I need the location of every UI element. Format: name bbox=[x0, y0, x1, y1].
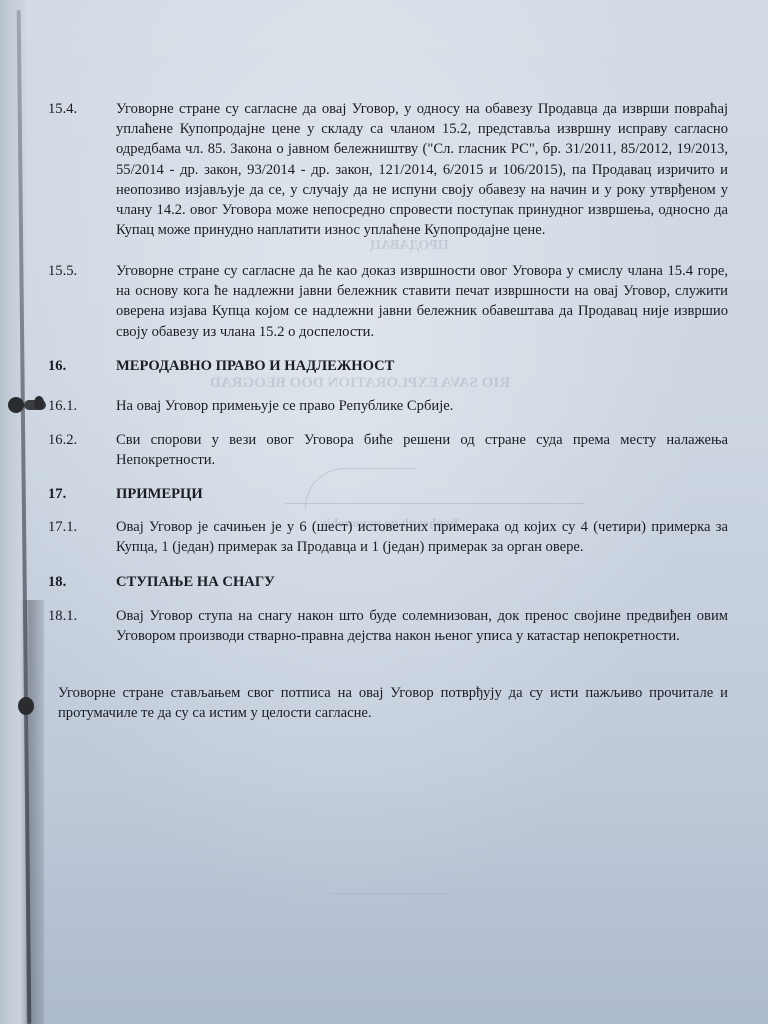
binder-ring bbox=[34, 396, 44, 410]
clause-number: 15.5. bbox=[48, 261, 108, 281]
bleed-through-signature-line bbox=[285, 503, 585, 504]
clause-number: 17.1. bbox=[48, 517, 108, 537]
binder-ring bbox=[8, 397, 24, 413]
clause-18-1: 18.1. Овај Уговор ступа на снагу након ш… bbox=[48, 606, 728, 646]
clause-17-1: 17.1. Овај Уговор је сачињен је у 6 (шес… bbox=[48, 517, 728, 557]
bleed-through-line bbox=[330, 893, 450, 894]
clause-text: Уговорне стране су сагласне да ће као до… bbox=[116, 261, 728, 342]
clause-number: 16.2. bbox=[48, 430, 108, 450]
clause-number: 18.1. bbox=[48, 606, 108, 626]
clause-16-2: 16.2. Сви спорови у вези овог Уговора би… bbox=[48, 430, 728, 470]
clause-15-5: 15.5. Уговорне стране су сагласне да ће … bbox=[48, 261, 728, 342]
clause-number: 15.4. bbox=[48, 99, 108, 119]
clause-16-1: 16.1. На овај Уговор примењује се право … bbox=[48, 396, 728, 416]
section-number: 16. bbox=[48, 356, 66, 376]
clause-15-4: 15.4. Уговорне стране су сагласне да ова… bbox=[48, 99, 728, 240]
clause-text: Уговорне стране су сагласне да овај Угов… bbox=[116, 99, 728, 240]
section-number: 18. bbox=[48, 572, 66, 592]
clause-text: На овај Уговор примењује се право Републ… bbox=[116, 396, 728, 416]
clause-text: Овај Уговор је сачињен је у 6 (шест) ист… bbox=[116, 517, 728, 557]
clause-text: Овај Уговор ступа на снагу након што буд… bbox=[116, 606, 728, 646]
binder-ring bbox=[18, 697, 34, 715]
clause-number: 16.1. bbox=[48, 396, 108, 416]
bleed-through-text: RIO SAVA EXPLORATION DOO BEOGRAD bbox=[210, 375, 510, 392]
section-title: СТУПАЊЕ НА СНАГУ bbox=[116, 572, 275, 592]
section-title: ПРИМЕРЦИ bbox=[116, 484, 203, 504]
closing-statement: Уговорне стране стављањем свог потписа н… bbox=[58, 683, 728, 723]
section-title: МЕРОДАВНО ПРАВО И НАДЛЕЖНОСТ bbox=[116, 356, 394, 376]
section-number: 17. bbox=[48, 484, 66, 504]
clause-text: Сви спорови у вези овог Уговора биће реш… bbox=[116, 430, 728, 470]
